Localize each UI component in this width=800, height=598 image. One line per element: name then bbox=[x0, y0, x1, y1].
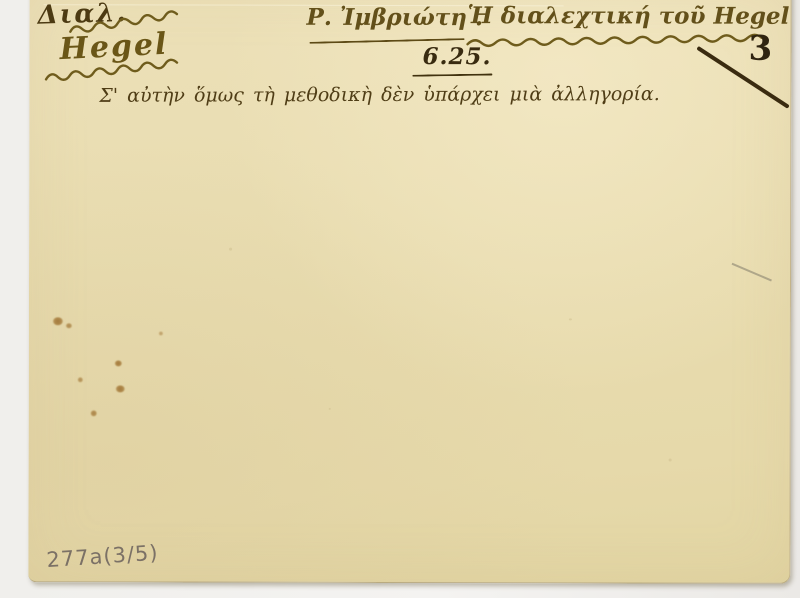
catalog-number: 277a(3/5) bbox=[46, 541, 160, 573]
diagonal-strike bbox=[697, 46, 790, 109]
subject-label-hegel: Hegel bbox=[59, 27, 170, 67]
wavy-underline bbox=[467, 32, 763, 50]
stain-spot bbox=[115, 360, 122, 366]
paper-fleck bbox=[569, 318, 572, 320]
stain-spot bbox=[159, 331, 163, 335]
author-name: Ρ. Ἰμβριώτη . bbox=[307, 4, 483, 31]
section-number-underline bbox=[412, 73, 492, 76]
handwritten-note-line: Σ' αὐτὴν ὅμως τὴ μεθοδικὴ δὲν ὑπάρχει μι… bbox=[99, 83, 659, 107]
stain-spot bbox=[116, 385, 125, 392]
section-number: 6.25. bbox=[422, 43, 491, 70]
handwritten-index-card: Διαλ. Hegel Ρ. Ἰμβριώτη . Ἡ διαλεχτική τ… bbox=[28, 0, 791, 584]
card-page-number: 3 bbox=[748, 29, 772, 69]
stain-spot bbox=[91, 410, 97, 416]
subject-label: Διαλ. bbox=[37, 0, 128, 31]
stain-spot bbox=[66, 323, 72, 328]
work-title: Ἡ διαλεχτική τοῦ Hegel bbox=[468, 2, 790, 30]
paper-fleck bbox=[229, 248, 232, 251]
stain-spot bbox=[53, 317, 63, 325]
scratch-mark bbox=[732, 263, 772, 281]
stain-spot bbox=[78, 377, 83, 382]
paper-fleck bbox=[329, 408, 331, 410]
paper-fleck bbox=[669, 459, 672, 462]
